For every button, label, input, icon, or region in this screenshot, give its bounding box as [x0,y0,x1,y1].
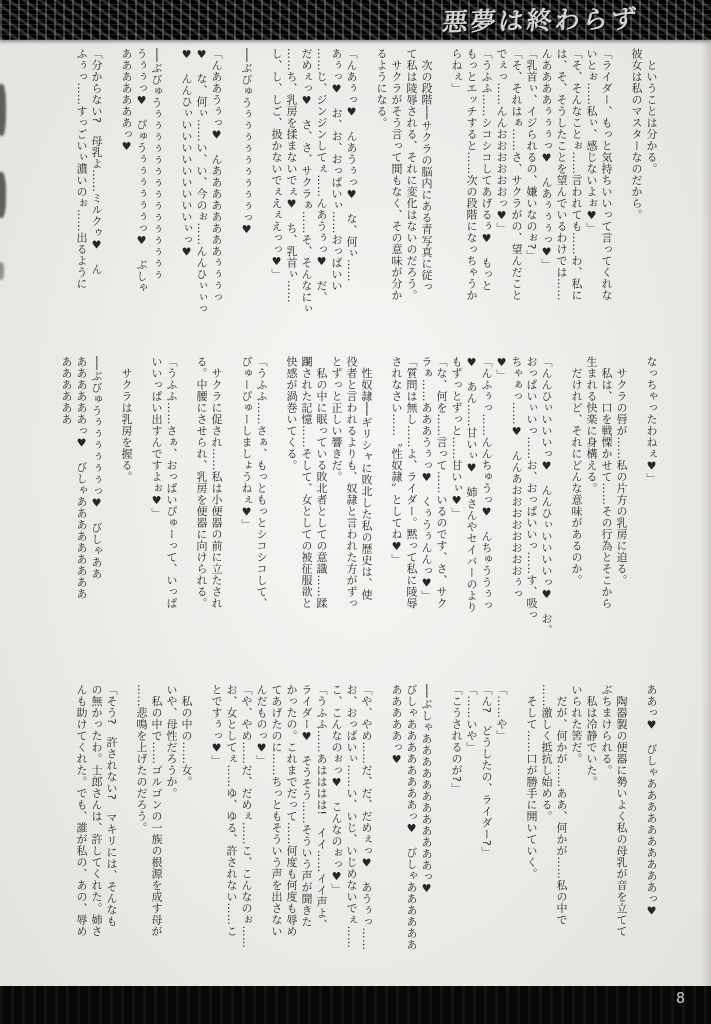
text-column-gap [629,684,644,982]
text-column: 「……いや」 [464,684,479,982]
text-column: 「や、やめ……だ、だ、だめぇっ♥ あうぅっ…… [359,684,374,982]
text-column-gap [179,356,194,674]
text-column-gap [434,684,449,982]
text-column: 陶器製の便器に勢いよく私の母乳が音を立てて [614,684,629,982]
text-column: んも助けてくれた。でも、誰が私の、あの、辱め [74,684,89,982]
text-column: ぶちまけられる。 [599,684,614,982]
text-column: いいっぱい出すんですよぉ♥」 [149,356,164,674]
text-column: 「んふぅっ……んんちゅうっ♥ んちゅううぅっ [479,356,494,674]
text-column: サクラに促され……私は小便器の前に立たされ [209,356,224,674]
text-column-gap [164,48,179,348]
text-column: ……悲鳴を上げたのだろう。 [134,684,149,982]
text-column: ああああああ [59,356,74,674]
text-column-gap [224,356,239,674]
text-column: は、そ、そうしたことを望んでいるわけでは…… [554,48,569,348]
text-column: ──ぶびゅうぅぅぅぅぅぅっ♥ びしゃああ [89,356,104,674]
text-column: 「うふふ……シコシコしてあげるぅ♥ もっと [479,48,494,348]
text-column: 快感が渦巻いてくる。 [284,356,299,674]
text-column: いられた筈だ。 [569,684,584,982]
text-column: いや、母性だろうか。 [164,684,179,982]
text-column-gap [104,48,119,348]
footer-band: 8 [0,986,711,1024]
text-column: の無かったわ。士郎さんは、許してくれた。姉さ [89,684,104,982]
text-column: ♥」 [494,356,509,674]
text-column: もずっとずっと……甘いぃ♥」 [449,356,464,674]
text-column: うぅぅっ♥ ぴゅうぅぅぅぅぅぅっ♥ ぶしゃ [134,48,149,348]
text-column: サクラの唇が……私の片方の乳房に迫る。 [614,356,629,674]
text-column-gap [434,48,449,348]
text-column: る。中腰にさせられ、乳房を便器に向けられる。 [194,356,209,674]
text-column: 「ライダー、もっと気持ちいいって言ってくれな [599,48,614,348]
text-column: るようになる。 [374,48,389,348]
text-column: 「乳首ぃ、イジられるの、嫌いなのぉ?」 [524,48,539,348]
text-column: ラぁ……あああうぅっ♥ くぅうぅんんっ♥」 [419,356,434,674]
text-column: し、し、しご、扱かないでぇえぇえっっ♥」 [269,48,284,348]
text-column: ♥ な、何ぃ……い、い、今のぉ……んんひぃぃっ [194,48,209,348]
text-column: 「な、何を……言って……いるのです、さ、サク [434,356,449,674]
text-column: お、おっぱいぃ……い、いじ、いじめないでぇ…… [344,684,359,982]
text-column: こ、こんなのぉっ♥ こんなのぉっ♥」 [329,684,344,982]
text-column: 私の中の……女。 [179,684,194,982]
text-column: お、女としてぇ……ゆ、ゆる、許されない……こ [224,684,239,982]
text-column: もっとエッチすると……次の段階になっちゃうか [464,48,479,348]
text-band-bottom: ああっ♥ びしゃああああああああああっ♥ 陶器製の便器に勢いよく私の母乳が音を立… [28,684,659,982]
text-column: 役者と言われるよりも、奴隷と言われた方がずっ [344,356,359,674]
text-column: だめぇっ♥ さ、さ、サクラぁ……そ、そんなにぃ [299,48,314,348]
scan-artifact [0,172,6,218]
text-column: されなさい……〝性奴隷〟としてね♥」 [389,356,404,674]
text-column-gap [359,48,374,348]
scan-artifact [0,262,4,280]
text-column: 「そう? 許されない? マキリには、そんなも [104,684,119,982]
text-column: ぴゅーぴゅーしましょうねぇ♥」 [239,356,254,674]
text-column: 「うふふ……さぁ、おっぱいぴゅーって、いっぱ [164,356,179,674]
text-column: ──ぶびゅうぅぅぅぅぅぅぅぅぅぅぅぅぅぅぅ [149,48,164,348]
text-column-gap [104,356,119,674]
text-column: あああああああっ♥ [119,48,134,348]
text-column: 生まれる快楽に身構える。 [584,356,599,674]
text-column-gap [194,684,209,982]
text-column-gap [134,356,149,674]
text-column: 「こうされるのが?」 [449,684,464,982]
text-column: ああああああっ♥ びしゃあああああああああ [74,356,89,674]
text-column: かったの。これまでだって……何度も何度も辱め [284,684,299,982]
text-column: 性奴隷──ギリシャに敗北した私の歴史は、使 [359,356,374,674]
text-column: ということは分かる。 [644,48,659,348]
text-column: ……ち、乳房を揉まないでぇ♥ ち、乳首ぃ…… [284,48,299,348]
text-column: サクラがそう言って間もなく、その意味が分か [389,48,404,348]
text-column-gap [554,356,569,674]
text-column: 私の中で……ゴルゴンの一族の根源を成す母が [149,684,164,982]
text-column-gap [224,48,239,348]
text-column: 「……や」 [494,684,509,982]
text-column: 「そ、それはぁ……さ、サクラがの、望んだこと [509,48,524,348]
text-column: 「うふふ……さぁ、もっともっとシコシコして、 [254,356,269,674]
text-column: 「んんひぃいいいっ♥ んんひぃいいいいっ♥ お、 [539,356,554,674]
text-column: サクラは乳房を握る。 [119,356,134,674]
page-title: 悪夢は終わらず [441,0,641,39]
text-column: て私は陵辱される、それに変化はないのだろう。 [404,48,419,348]
text-column: ──ぶしゃああああああああああああっ♥ [419,684,434,982]
text-column: あぅっ♥ お、お、おっぱいぃ……おっぱいい [329,48,344,348]
text-column: 「うふふ……あはははは! イイ……イイ声よ、 [314,684,329,982]
scanned-page: 悪夢は終わらず ということは分かる。彼女は私のマスターなのだから。 「ライダー、… [0,0,711,1024]
text-column: 彼女は私のマスターなのだから。 [629,48,644,348]
text-column-gap [509,684,524,982]
text-column: いとぉ……私ぃ、感じないよぉ♥」 [584,48,599,348]
text-column-gap [629,356,644,674]
text-column: 「ん? どうしたの、ライダー?」 [479,684,494,982]
text-column-gap [374,356,389,674]
scan-artifact [0,84,6,136]
text-column: 「質問は無し……よ、ライダー。黙って私に陵辱 [404,356,419,674]
text-column: んだものっ♥」 [254,684,269,982]
text-column-gap [119,684,134,982]
scan-edge-shadow [701,40,711,986]
text-column-gap [254,48,269,348]
text-column: おっぱいぃいっ……お、おっぱいいっ……す、吸っ [524,356,539,674]
text-column: ──ぶびゅうぅぅぅぅぅぅぅぅぅっ♥ [239,48,254,348]
text-column: 「んああうぅっ♥ んああああああああぅぅぅっ [209,48,224,348]
text-column: んああああぅぅぅっ♥ んあぅぅぅっ♥」 [539,48,554,348]
text-column: あああああっ♥ [389,684,404,982]
text-column: 「そ、そんなことぉ……言われても……わ、私に [569,48,584,348]
header-band: 悪夢は終わらず [0,0,711,40]
text-column: そして……口が勝手に開いていく。 [524,684,539,982]
text-column: らねぇ」 [449,48,464,348]
text-column: ああっ♥ びしゃああああああああああっ♥ [644,684,659,982]
text-column: 私の中に眠っている敗北者としての意識……蹂 [314,356,329,674]
text-column: 躙された記憶……そして、女としての被征服欲と [299,356,314,674]
text-column: だが、何かが……ああ、何かが……私の中で [554,684,569,982]
text-column: だけれど、それにどんな意味があるのか。 [569,356,584,674]
text-column: ♥ んんひぃいいいいいいいいいぃっ♥ [179,48,194,348]
text-column: とですぅっ♥」 [209,684,224,982]
text-band-middle: なっちゃったわねぇ♥」 サクラの唇が……私の片方の乳房に迫る。 私は、口を戦慄か… [28,356,659,674]
text-column: ふぅっ……すっごいぃ濃いのぉ……出るように [74,48,89,348]
text-column: てあげたのに……ちっともそういう声を出さない [269,684,284,982]
text-column-gap [374,684,389,982]
text-column: びしゃああああああああっ♥ びしゃああああああ [404,684,419,982]
text-column: 「んあぅっ♥ んあうぅっ♥ な、何ぃ…… [344,48,359,348]
text-column: でぇっ……んんおおおおおおっ♥」 [494,48,509,348]
page-number: 8 [676,989,685,1007]
text-column: 「や、やめ……だ、だめぇ……こ、こんなのぉ…… [239,684,254,982]
text-column: 次の段階──サクラの脳内にある青写真に従っ [419,48,434,348]
text-column: 私は冷静でいた。 [584,684,599,982]
text-column: ライダー♥ そうそう……そういう声が聞きた [299,684,314,982]
text-column: 私は、口を戦慄かせて……その行為とそこから [599,356,614,674]
text-band-top: ということは分かる。彼女は私のマスターなのだから。 「ライダー、もっと気持ちいい… [28,48,659,348]
text-column: 「分からない? 母乳よ……ミルクゥ♥ ん [89,48,104,348]
text-column: ……じ、ジンジンしてぇ……んあうぅっ♥ だ、 [314,48,329,348]
text-column: ……激しく抵抗し始める。 [539,684,554,982]
text-column-gap [614,48,629,348]
text-column: ♥ あん……甘いぃ♥ 姉さんやセイバーのより [464,356,479,674]
text-column-gap [269,356,284,674]
text-column: なっちゃったわねぇ♥」 [644,356,659,674]
text-column: ちゃぁっ……♥ んんあおおおおおおおおぅっ [509,356,524,674]
text-column: とずっと正しい響きだ。 [329,356,344,674]
